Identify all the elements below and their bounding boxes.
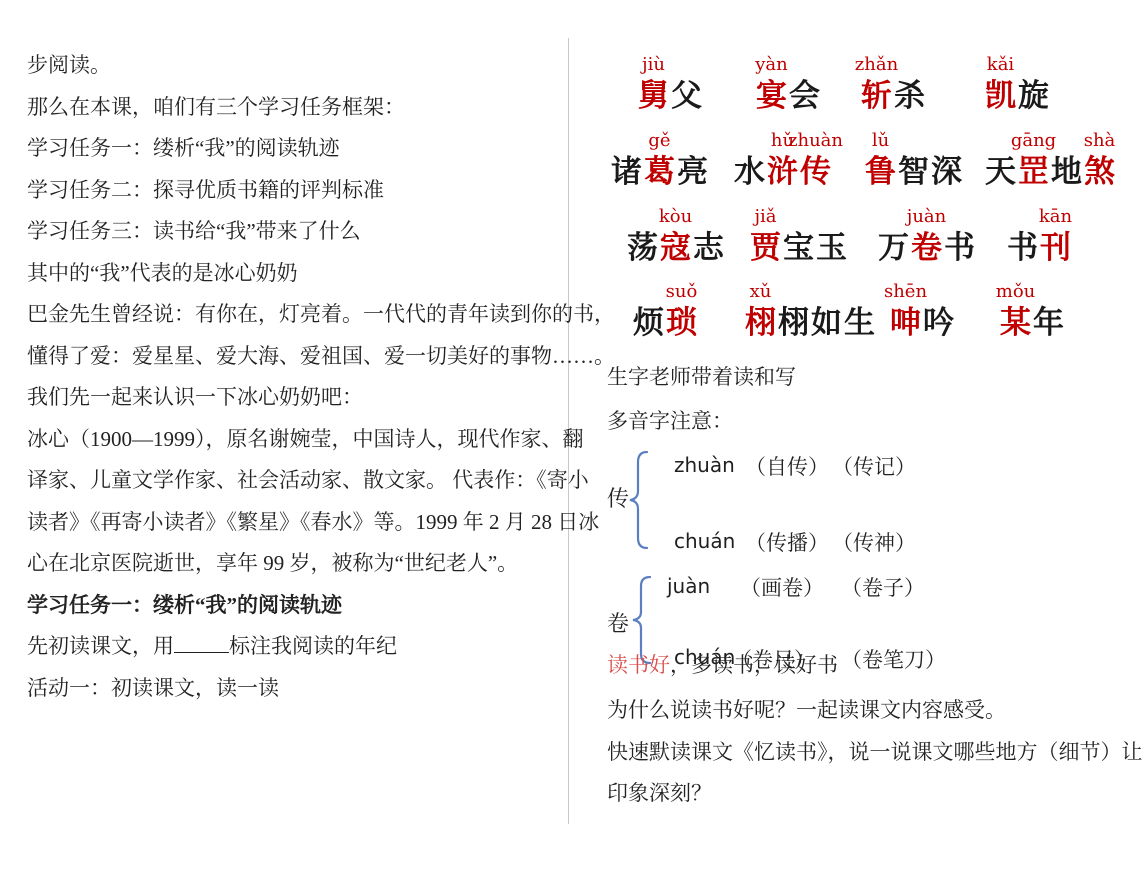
han-char: 水 [734, 155, 765, 188]
char-unit: 杀 [893, 53, 926, 112]
char-unit: zhuàn传 [799, 129, 832, 188]
char-unit: 荡 [626, 205, 659, 264]
han-char: 卷 [911, 231, 942, 264]
char-unit: 旋 [1017, 53, 1050, 112]
pinyin-label [802, 53, 808, 79]
han-char: 荡 [627, 231, 658, 264]
paragraph-line: 读者》《再寄小读者》《繁星》《春水》等。1999 年 2 月 28 日冰 [27, 502, 547, 544]
paragraph-line: 学习任务一：缕析“我”的阅读轨迹 [27, 585, 547, 627]
char-unit: shà煞 [1083, 129, 1116, 188]
han-char: 传 [800, 155, 831, 188]
han-char: 深 [931, 155, 962, 188]
han-char: 琐 [666, 306, 697, 339]
han-char: 诸 [611, 155, 642, 188]
word-zhuanji: （传记） [832, 454, 916, 481]
blank-line-prefix: 先初读课文，用 [27, 634, 174, 658]
word-huajuan: （画卷） [740, 575, 824, 602]
pinyin-label: kān [1039, 205, 1072, 231]
char-unit: 栩 [777, 280, 810, 339]
pinyin-label: kòu [659, 205, 692, 231]
han-char: 栩 [745, 306, 776, 339]
char-unit: 诸 [610, 129, 643, 188]
char-unit: 地 [1050, 129, 1083, 188]
char-unit: 深 [930, 129, 963, 188]
pinyin-label [1046, 280, 1052, 306]
han-char: 年 [1033, 306, 1064, 339]
paragraph-line: 学习任务一：缕析“我”的阅读轨迹 [27, 128, 547, 170]
char-unit: 吟 [922, 280, 955, 339]
char-unit: 书 [943, 205, 976, 264]
char-unit: yàn宴 [755, 53, 788, 112]
char-unit: gāng罡 [1017, 129, 1050, 188]
pinyin-label [857, 280, 863, 306]
pinyin-label [646, 280, 652, 306]
pinyin-label [957, 205, 963, 231]
pinyin-label [624, 129, 630, 155]
pinyin-label [829, 205, 835, 231]
pinyin-label [936, 280, 942, 306]
left-page-text: 步阅读。那么在本课，咱们有三个学习任务框架：学习任务一：缕析“我”的阅读轨迹学习… [27, 45, 547, 709]
fill-in-blank [174, 631, 229, 653]
pinyin-label [684, 53, 690, 79]
pinyin-label: yàn [755, 53, 788, 79]
pinyin-label [907, 53, 913, 79]
vocab-word: yàn宴 会 [755, 53, 821, 112]
pinyin-label [747, 129, 753, 155]
pinyin-label [1031, 53, 1037, 79]
pinyin-label [796, 205, 802, 231]
pinyin-label: kǎi [987, 53, 1014, 79]
vocab-word: 水hǔ浒zhuàn传 [733, 129, 832, 188]
char-unit: lǔ鲁 [864, 129, 897, 188]
han-char: 寇 [660, 231, 691, 264]
han-char: 玉 [816, 231, 847, 264]
han-char: 吟 [923, 306, 954, 339]
han-char: 凯 [985, 79, 1016, 112]
char-unit: jiù舅 [637, 53, 670, 112]
char-unit: 如 [810, 280, 843, 339]
pinyin-label: shà [1084, 129, 1116, 155]
shengzi-note: 生字老师带着读和写 [607, 364, 796, 391]
han-char: 浒 [767, 155, 798, 188]
paragraph-line: 懂得了爱：爱星星、爱大海、爱祖国、爱一切美好的事物……。 [27, 336, 547, 378]
char-unit: juàn卷 [910, 205, 943, 264]
vocab-word: shēn呻 吟 [889, 280, 955, 339]
han-char: 智 [898, 155, 929, 188]
char-unit: 玉 [815, 205, 848, 264]
vocab-word: xǔ栩 栩 如 生 [744, 280, 876, 339]
vocab-word: 荡kòu寇 志 [626, 205, 725, 264]
word-chuanshen: （传神） [832, 530, 916, 557]
han-char: 斩 [861, 79, 892, 112]
han-char: 罡 [1018, 155, 1049, 188]
han-char: 贾 [750, 231, 781, 264]
char-unit: 志 [692, 205, 725, 264]
char-unit: 父 [670, 53, 703, 112]
han-char: 葛 [644, 155, 675, 188]
paragraph-line: 我们先一起来认识一下冰心奶奶吧： [27, 377, 547, 419]
char-unit: 年 [1032, 280, 1065, 339]
paragraph-line: 先初读课文，用标注我阅读的年纪 [27, 626, 547, 668]
vocab-word: jiǎ贾 宝 玉 [749, 205, 848, 264]
vocab-word: zhǎn斩 杀 [860, 53, 926, 112]
pinyin-label: mǒu [996, 280, 1036, 306]
document-canvas: 步阅读。那么在本课，咱们有三个学习任务框架：学习任务一：缕析“我”的阅读轨迹学习… [0, 0, 1143, 874]
vocab-word: kǎi凯 旋 [984, 53, 1050, 112]
char-unit: shēn呻 [889, 280, 922, 339]
han-char: 舅 [638, 79, 669, 112]
han-char: 宝 [783, 231, 814, 264]
char-unit: 会 [788, 53, 821, 112]
vocab-word: jiù舅 父 [637, 53, 703, 112]
pinyin-label: zhǎn [855, 53, 898, 79]
han-char: 天 [985, 155, 1016, 188]
vocab-word: 烦suǒ琐 [632, 280, 698, 339]
impression-line: 印象深刻？ [607, 780, 712, 807]
char-unit: gě葛 [643, 129, 676, 188]
pinyin-label [998, 129, 1004, 155]
char-unit: jiǎ贾 [749, 205, 782, 264]
char-unit: mǒu某 [999, 280, 1032, 339]
paragraph-line: 巴金先生曾经说：有你在，灯亮着。一代代的青年读到你的书， [27, 294, 547, 336]
vocab-word: 天gāng罡 地shà煞 [984, 129, 1116, 188]
blank-line-suffix: 标注我阅读的年纪 [229, 634, 397, 658]
pinyin-chuan: chuán [674, 528, 735, 554]
char-unit: 宝 [782, 205, 815, 264]
pinyin-label: zhuàn [788, 129, 843, 155]
pinyin-label [891, 205, 897, 231]
pinyin-label [911, 129, 917, 155]
word-juanbidao: （卷笔刀） [841, 647, 946, 674]
han-char: 会 [789, 79, 820, 112]
word-chuanbo: （传播） [745, 530, 829, 557]
char-unit: xǔ栩 [744, 280, 777, 339]
skim-read-line: 快速默读课文《忆读书》，说一说课文哪些地方（细节）让你 [607, 739, 1143, 766]
paragraph-line: 冰心（1900—1999），原名谢婉莹，中国诗人，现代作家、翻 [27, 419, 547, 461]
pinyin-label [824, 280, 830, 306]
pinyin-label [1020, 205, 1026, 231]
han-char: 如 [811, 306, 842, 339]
han-char: 志 [693, 231, 724, 264]
pinyin-label: suǒ [666, 280, 698, 306]
paragraph-line: 学习任务三：读书给“我”带来了什么 [27, 211, 547, 253]
pinyin-label: lǔ [872, 129, 889, 155]
word-zizhuan: （自传） [745, 454, 829, 481]
char-unit: kān刊 [1039, 205, 1072, 264]
han-char: 生 [844, 306, 875, 339]
pinyin-label [690, 129, 696, 155]
pinyin-label: gě [648, 129, 670, 155]
char-unit: zhǎn斩 [860, 53, 893, 112]
pinyin-label [944, 129, 950, 155]
word-juanzi: （卷子） [841, 575, 925, 602]
dushuhao-rest-part: ，多读书，读好书 [670, 653, 838, 677]
char-unit: 烦 [632, 280, 665, 339]
pinyin-label [1064, 129, 1070, 155]
han-char: 万 [878, 231, 909, 264]
char-unit: 生 [843, 280, 876, 339]
pinyin-label: jiǎ [754, 205, 776, 231]
paragraph-line: 心在北京医院逝世，享年 99 岁，被称为“世纪老人”。 [27, 543, 547, 585]
vocab-word: lǔ鲁 智 深 [864, 129, 963, 188]
han-char: 书 [944, 231, 975, 264]
pinyin-label: jiù [642, 53, 665, 79]
paragraph-line: 步阅读。 [27, 45, 547, 87]
char-unit: 智 [897, 129, 930, 188]
paragraph-line: 其中的“我”代表的是冰心奶奶 [27, 253, 547, 295]
char-unit: 万 [877, 205, 910, 264]
han-char: 煞 [1084, 155, 1115, 188]
brace-icon [628, 451, 650, 549]
han-char: 书 [1007, 231, 1038, 264]
vocab-word: 诸gě葛 亮 [610, 129, 709, 188]
han-char: 刊 [1040, 231, 1071, 264]
pinyin-label [706, 205, 712, 231]
why-read-line: 为什么说读书好呢？一起读课文内容感受。 [607, 697, 1006, 724]
paragraph-line: 活动一：初读课文，读一读 [27, 668, 547, 710]
dushuhao-red-part: 读书好 [607, 653, 670, 677]
duoyinzi-heading: 多音字注意： [607, 408, 733, 435]
paragraph-line: 那么在本课，咱们有三个学习任务框架： [27, 87, 547, 129]
pinyin-label [640, 205, 646, 231]
han-char: 烦 [633, 306, 664, 339]
vocab-word: 书kān刊 [1006, 205, 1072, 264]
han-char: 鲁 [865, 155, 896, 188]
pinyin-zhuan: zhuàn [674, 452, 735, 478]
char-unit: kòu寇 [659, 205, 692, 264]
duoyinzi-char-juan: 卷 [607, 610, 629, 639]
paragraph-line: 译家、儿童文学作家、社会活动家、散文家。 代表作：《寄小 [27, 460, 547, 502]
pinyin-label: juàn [907, 205, 947, 231]
han-char: 地 [1051, 155, 1082, 188]
duoyinzi-char-chuan: 传 [607, 485, 629, 514]
han-char: 某 [1000, 306, 1031, 339]
han-char: 呻 [890, 306, 921, 339]
paragraph-line: 学习任务二：探寻优质书籍的评判标准 [27, 170, 547, 212]
char-unit: 书 [1006, 205, 1039, 264]
vocab-word: 万juàn卷 书 [877, 205, 976, 264]
brace-icon [631, 576, 653, 664]
han-char: 宴 [756, 79, 787, 112]
pinyin-label [791, 280, 797, 306]
char-unit: kǎi凯 [984, 53, 1017, 112]
han-char: 父 [671, 79, 702, 112]
han-char: 旋 [1018, 79, 1049, 112]
han-char: 栩 [778, 306, 809, 339]
han-char: 杀 [894, 79, 925, 112]
pinyin-label: xǔ [750, 280, 772, 306]
dushuhao-slogan: 读书好，多读书，读好书 [607, 652, 838, 679]
pinyin-label: shēn [884, 280, 927, 306]
vocab-word: mǒu某 年 [999, 280, 1065, 339]
char-unit: 亮 [676, 129, 709, 188]
pinyin-juan: juàn [667, 573, 710, 599]
han-char: 亮 [677, 155, 708, 188]
char-unit: 水 [733, 129, 766, 188]
char-unit: suǒ琐 [665, 280, 698, 339]
